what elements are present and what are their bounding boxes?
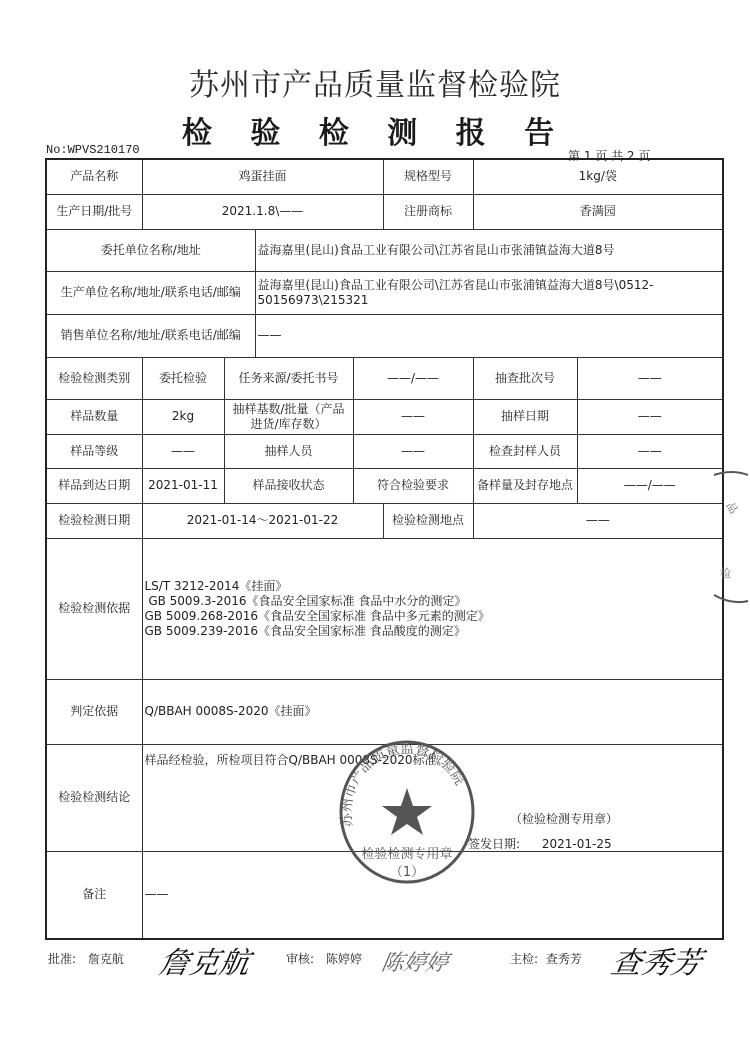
backup-label: 备样量及封存地点: [473, 468, 577, 503]
trademark: 香满园: [473, 194, 723, 229]
product-name-label: 产品名称: [46, 159, 142, 194]
conclusion-label: 检验检测结论: [46, 744, 142, 851]
task-source: ——/——: [353, 357, 473, 399]
test-date-label: 检验检测日期: [46, 503, 142, 538]
issue-date-block: 签发日期: 2021-01-25: [468, 835, 612, 852]
svg-text:检: 检: [720, 566, 731, 580]
seller-label: 销售单位名称/地址/联系电话/邮编: [46, 314, 255, 357]
basis-list: LS/T 3212-2014《挂面》 GB 5009.3-2016《食品安全国家…: [142, 538, 723, 679]
approver-label: 批准:: [48, 952, 76, 966]
inspector-signature: 查秀芳: [608, 938, 706, 982]
basis-item: GB 5009.268-2016《食品安全国家标准 食品中多元素的测定》: [145, 609, 721, 624]
receipt-state: 符合检验要求: [353, 468, 473, 503]
official-seal-icon: 苏州市产品质量监督检验院 检验检测专用章 （1）: [335, 740, 480, 890]
sampler: ——: [353, 434, 473, 468]
sampling-base-label: 抽样基数/批量（产品进货/库存数）: [224, 399, 353, 434]
client-value: 益海嘉里(昆山)食品工业有限公司\江苏省昆山市张浦镇益海大道8号: [255, 229, 723, 271]
table-row: 检验检测日期 2021-01-14～2021-01-22 检验检测地点 ——: [46, 503, 723, 538]
basis-item: GB 5009.3-2016《食品安全国家标准 食品中水分的测定》: [145, 594, 721, 609]
judgment-value: Q/BBAH 0008S-2020《挂面》: [142, 679, 723, 744]
product-name: 鸡蛋挂面: [142, 159, 383, 194]
sampler-label: 抽样人员: [224, 434, 353, 468]
approver-name: 詹克航: [88, 952, 124, 966]
seal-checker: ——: [577, 434, 723, 468]
arrival-date: 2021-01-11: [142, 468, 224, 503]
spot-batch: ——: [577, 357, 723, 399]
approver-block: 批准: 詹克航: [48, 950, 124, 967]
receipt-state-label: 样品接收状态: [224, 468, 353, 503]
inspector-name: 查秀芳: [546, 952, 582, 966]
inspector-block: 主检: 查秀芳: [510, 950, 582, 967]
table-row: 样品到达日期 2021-01-11 样品接收状态 符合检验要求 备样量及封存地点…: [46, 468, 723, 503]
table-row: 样品等级 —— 抽样人员 —— 检查封样人员 ——: [46, 434, 723, 468]
sampling-date-label: 抽样日期: [473, 399, 577, 434]
table-row: 检验检测依据 LS/T 3212-2014《挂面》 GB 5009.3-2016…: [46, 538, 723, 679]
prod-date: 2021.1.8\——: [142, 194, 383, 229]
approver-signature: 詹克航: [156, 938, 254, 982]
table-row: 委托单位名称/地址 益海嘉里(昆山)食品工业有限公司\江苏省昆山市张浦镇益海大道…: [46, 229, 723, 271]
sampling-date: ——: [577, 399, 723, 434]
svg-text:品: 品: [723, 500, 740, 516]
table-row: 检验检测类别 委托检验 任务来源/委托书号 ——/—— 抽查批次号 ——: [46, 357, 723, 399]
seal-number: （1）: [390, 865, 424, 880]
spec-label: 规格型号: [383, 159, 473, 194]
basis-label: 检验检测依据: [46, 538, 142, 679]
table-row: 样品数量 2kg 抽样基数/批量（产品进货/库存数） —— 抽样日期 ——: [46, 399, 723, 434]
inspector-label: 主检:: [510, 952, 538, 966]
producer-label: 生产单位名称/地址/联系电话/邮编: [46, 271, 255, 314]
sample-qty-label: 样品数量: [46, 399, 142, 434]
backup: ——/——: [577, 468, 723, 503]
basis-item: GB 5009.239-2016《食品安全国家标准 食品酸度的测定》: [145, 624, 721, 639]
spot-batch-label: 抽查批次号: [473, 357, 577, 399]
seal-center-text: 检验检测专用章: [361, 846, 452, 862]
report-number: No:WPVS210170: [46, 143, 140, 157]
sample-grade-label: 样品等级: [46, 434, 142, 468]
reviewer-label: 审核:: [286, 952, 314, 966]
producer-value: 益海嘉里(昆山)食品工业有限公司\江苏省昆山市张浦镇益海大道8号\0512-50…: [255, 271, 723, 314]
spec-value: 1kg/袋: [473, 159, 723, 194]
sample-qty: 2kg: [142, 399, 224, 434]
reviewer-name: 陈婷婷: [326, 952, 362, 966]
reviewer-signature: 陈婷婷: [379, 946, 450, 977]
arrival-date-label: 样品到达日期: [46, 468, 142, 503]
sample-grade: ——: [142, 434, 224, 468]
basis-item: LS/T 3212-2014《挂面》: [145, 579, 721, 594]
table-row: 生产单位名称/地址/联系电话/邮编 益海嘉里(昆山)食品工业有限公司\江苏省昆山…: [46, 271, 723, 314]
test-place-label: 检验检测地点: [383, 503, 473, 538]
reviewer-block: 审核: 陈婷婷: [286, 950, 362, 967]
seal-note: （检验检测专用章）: [510, 810, 618, 827]
seal-checker-label: 检查封样人员: [473, 434, 577, 468]
table-row: 产品名称 鸡蛋挂面 规格型号 1kg/袋: [46, 159, 723, 194]
institute-name: 苏州市产品质量监督检验院: [0, 60, 750, 104]
judgment-label: 判定依据: [46, 679, 142, 744]
trademark-label: 注册商标: [383, 194, 473, 229]
page-seam-seal-icon: 品 检: [712, 465, 750, 615]
table-row: 生产日期/批号 2021.1.8\—— 注册商标 香满园: [46, 194, 723, 229]
remarks-label: 备注: [46, 851, 142, 939]
issue-date: 2021-01-25: [542, 837, 612, 851]
test-type: 委托检验: [142, 357, 224, 399]
task-source-label: 任务来源/委托书号: [224, 357, 353, 399]
table-row: 判定依据 Q/BBAH 0008S-2020《挂面》: [46, 679, 723, 744]
client-label: 委托单位名称/地址: [46, 229, 255, 271]
test-date: 2021-01-14～2021-01-22: [142, 503, 383, 538]
test-place: ——: [473, 503, 723, 538]
sampling-base: ——: [353, 399, 473, 434]
test-type-label: 检验检测类别: [46, 357, 142, 399]
prod-date-label: 生产日期/批号: [46, 194, 142, 229]
table-row: 销售单位名称/地址/联系电话/邮编 ——: [46, 314, 723, 357]
seller-value: ——: [255, 314, 723, 357]
